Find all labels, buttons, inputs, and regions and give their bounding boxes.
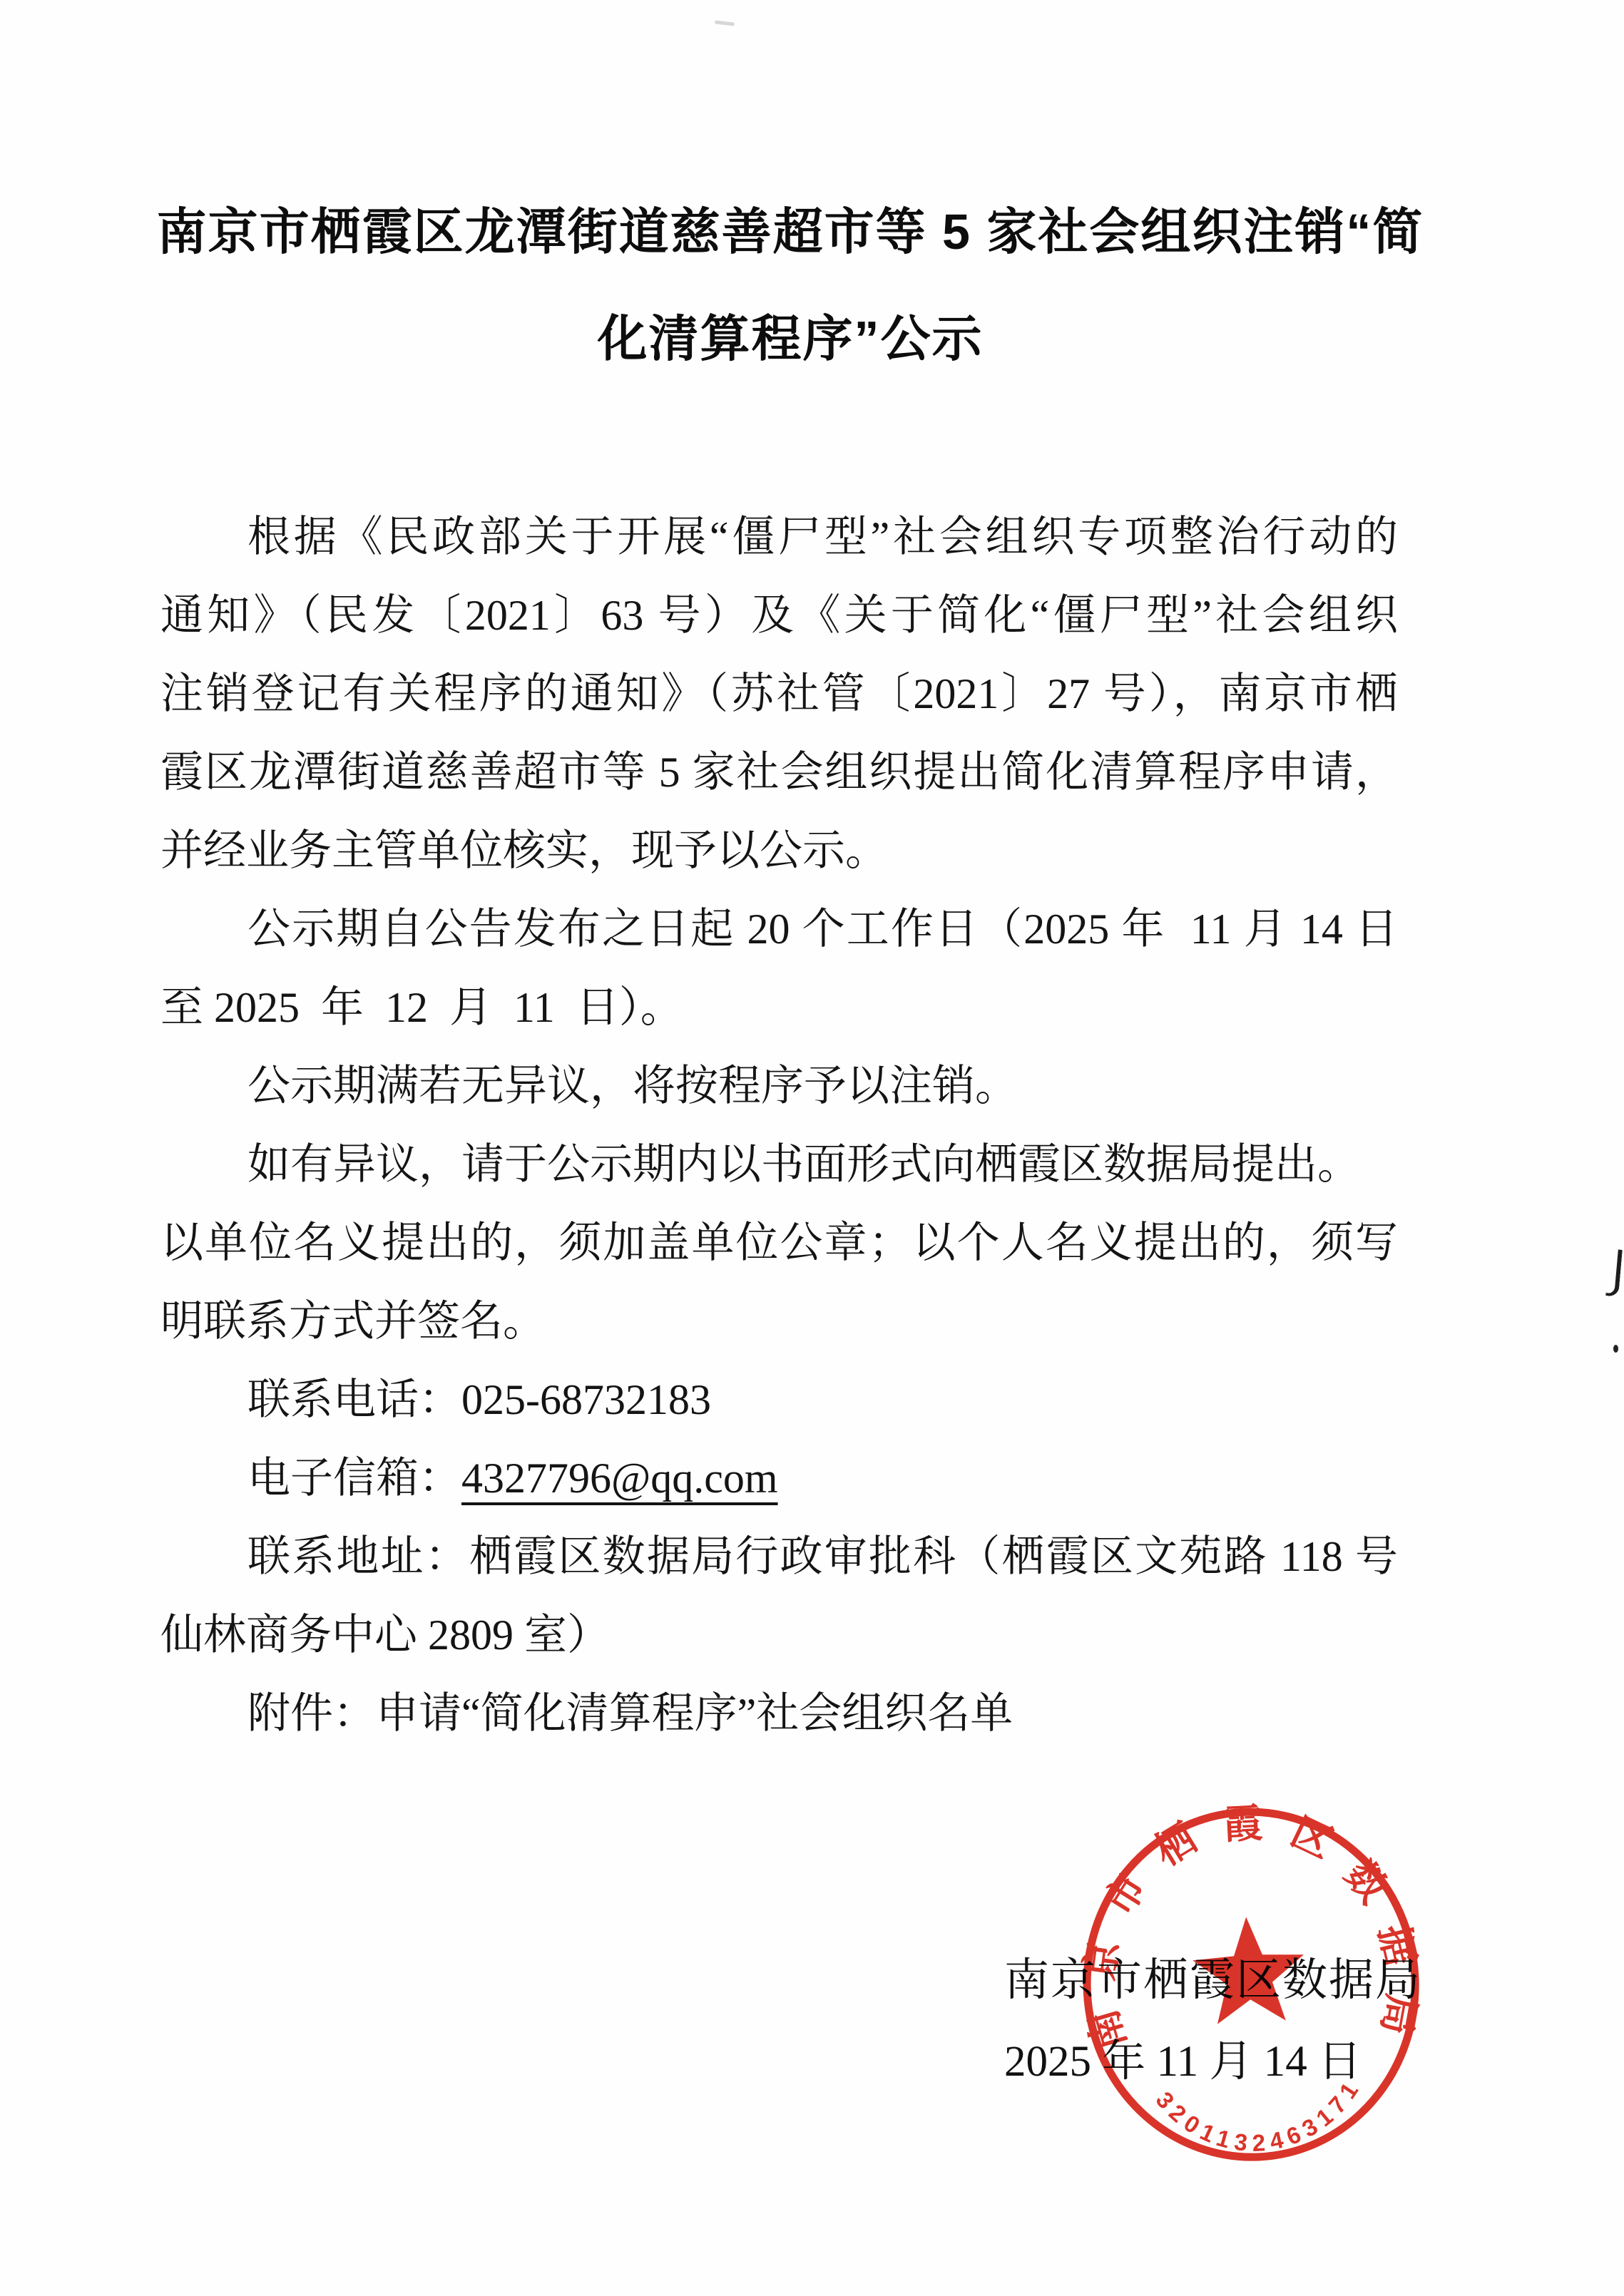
body-line-15-address-cont: 仙林商务中心 2809 室）	[160, 1608, 1398, 1662]
document-title-line-1: 南京市栖霞区龙潭街道慈善超市等 5 家社会组织注销“简	[56, 178, 1525, 285]
seal-code: 3201132463171	[1150, 2076, 1366, 2161]
body-line-5: 并经业务主管单位核实，现予以公示。	[160, 824, 1398, 878]
body-line-10: 以单位名义提出的，须加盖单位公章；以个人名义提出的，须写	[160, 1216, 1398, 1270]
body-line-6: 公示期自公告发布之日起 20 个工作日（2025 年 11 月 14 日	[160, 902, 1398, 956]
body-line-8: 公示期满若无异议，将按程序予以注销。	[160, 1059, 1398, 1113]
signature-org: 南京市栖霞区数据局	[1004, 1944, 1421, 2009]
body-line-14-address: 联系地址：栖霞区数据局行政审批科（栖霞区文苑路 118 号	[160, 1529, 1398, 1584]
body-line-12-phone: 联系电话：025-68732183	[160, 1373, 1398, 1427]
document-title: 南京市栖霞区龙潭街道慈善超市等 5 家社会组织注销“简 化清算程序”公示	[56, 178, 1525, 392]
body-line-16-attachment: 附件：申请“简化清算程序”社会组织名单	[160, 1686, 1398, 1741]
ink-smudge-dot	[1613, 1345, 1618, 1353]
body-line-4: 霞区龙潭街道慈善超市等 5 家社会组织提出简化清算程序申请，	[160, 745, 1398, 799]
body-line-1: 根据《民政部关于开展“僵尸型”社会组织专项整治行动的	[160, 510, 1398, 564]
ink-smudge	[1605, 1249, 1623, 1296]
email-label: 电子信箱：	[247, 1455, 461, 1502]
scan-speck	[715, 20, 735, 26]
document-page: 南京市栖霞区龙潭街道慈善超市等 5 家社会组织注销“简 化清算程序”公示 根据《…	[0, 0, 1624, 2296]
body-line-2: 通知》（民发〔2021〕63 号）及《关于简化“僵尸型”社会组织	[160, 588, 1398, 642]
document-title-line-2: 化清算程序”公示	[56, 285, 1525, 392]
signature-date: 2025 年 11 月 14 日	[1004, 2026, 1362, 2089]
body-line-3: 注销登记有关程序的通知》（苏社管〔2021〕27 号），南京市栖	[160, 667, 1398, 721]
body-line-13-email: 电子信箱：4327796@qq.com	[160, 1451, 1398, 1505]
body-line-7: 至 2025 年 12 月 11 日）。	[160, 980, 1398, 1035]
email-address: 4327796@qq.com	[461, 1455, 778, 1502]
body-line-9: 如有异议，请于公示期内以书面形式向栖霞区数据局提出。	[160, 1137, 1398, 1191]
body-line-11: 明联系方式并签名。	[160, 1294, 1398, 1348]
